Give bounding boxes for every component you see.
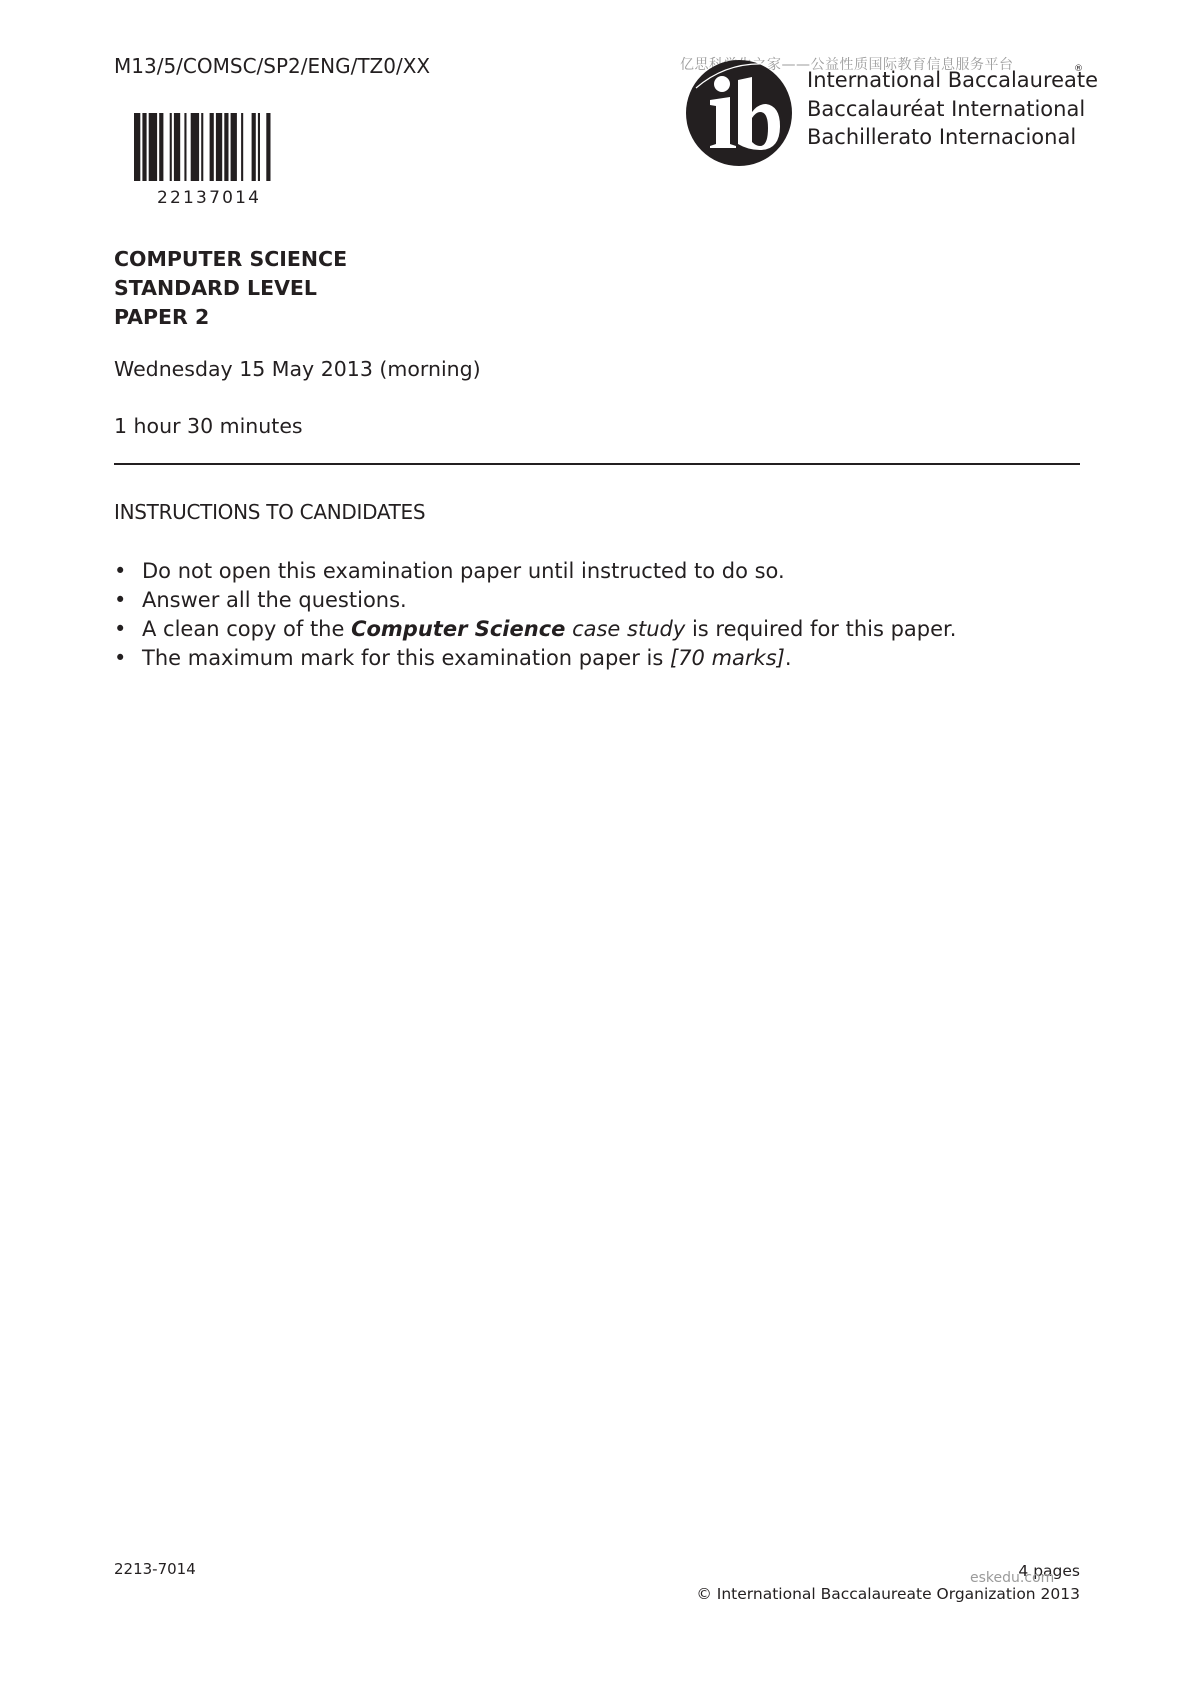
ib-logo-icon xyxy=(686,60,792,166)
title-level: STANDARD LEVEL xyxy=(114,274,347,303)
watermark-bottom: eskedu.com xyxy=(970,1570,1054,1586)
instructions-heading: INSTRUCTIONS TO CANDIDATES xyxy=(114,500,425,524)
bullet-icon: • xyxy=(114,557,126,586)
divider xyxy=(114,463,1080,465)
registered-mark: ® xyxy=(1074,64,1083,74)
instruction-item: • Do not open this examination paper unt… xyxy=(114,557,956,586)
instructions-list: • Do not open this examination paper unt… xyxy=(114,557,956,673)
logo-line-fr: Baccalauréat International xyxy=(807,95,1098,124)
logo-line-en: International Baccalaureate xyxy=(807,66,1098,95)
title-subject: COMPUTER SCIENCE xyxy=(114,245,347,274)
exam-date: Wednesday 15 May 2013 (morning) xyxy=(114,357,481,381)
bullet-icon: • xyxy=(114,644,126,673)
footer-code: 2213-7014 xyxy=(114,1560,196,1578)
exam-duration: 1 hour 30 minutes xyxy=(114,414,303,438)
barcode-number: 22137014 xyxy=(157,188,261,208)
paper-title: COMPUTER SCIENCE STANDARD LEVEL PAPER 2 xyxy=(114,245,347,332)
ib-wordmark: International Baccalaureate Baccalauréat… xyxy=(807,66,1098,152)
bullet-icon: • xyxy=(114,586,126,615)
paper-code: M13/5/COMSC/SP2/ENG/TZ0/XX xyxy=(114,54,430,78)
instruction-item: • Answer all the questions. xyxy=(114,586,956,615)
copyright: © International Baccalaureate Organizati… xyxy=(696,1583,1080,1606)
barcode-icon xyxy=(134,113,314,181)
bullet-icon: • xyxy=(114,615,126,644)
instruction-item: • A clean copy of the Computer Science c… xyxy=(114,615,956,644)
instruction-item: • The maximum mark for this examination … xyxy=(114,644,956,673)
max-marks: [70 marks] xyxy=(670,646,785,670)
title-paper: PAPER 2 xyxy=(114,303,347,332)
logo-line-es: Bachillerato Internacional xyxy=(807,123,1098,152)
case-study-subject: Computer Science xyxy=(351,617,565,641)
